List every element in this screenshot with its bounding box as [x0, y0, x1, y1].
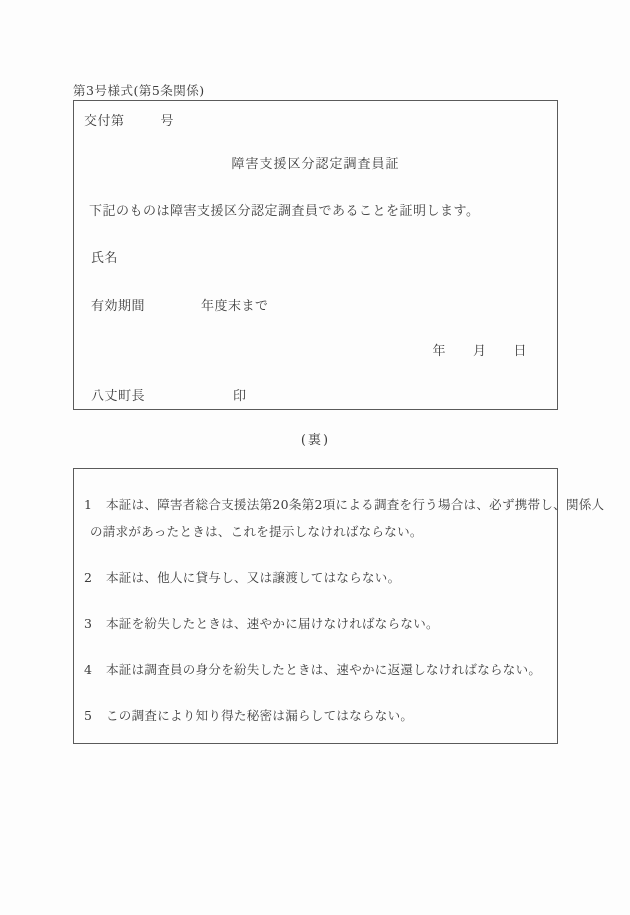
rule-number: 3 — [84, 616, 106, 631]
certificate-front-box: 交付第号 障害支援区分認定調査員証 下記のものは障害支援区分認定調査員であること… — [73, 100, 558, 410]
form-number-label: 第3号様式(第5条関係) — [73, 81, 205, 99]
issue-prefix-label: 交付第 — [84, 114, 125, 129]
issue-date-line: 年月日 — [432, 340, 527, 359]
rule-item-4: 4本証は調査員の身分を紛失したときは、速やかに返還しなければならない。 — [84, 660, 541, 678]
rule-number: 4 — [84, 662, 106, 677]
rule-number: 2 — [84, 570, 106, 585]
rule-text: 本証を紛失したときは、速やかに届けなければならない。 — [106, 616, 439, 631]
rule-item-1: 1本証は、障害者総合支援法第20条第2項による調査を行う場合は、必ず携帯し、関係… — [84, 495, 604, 513]
rule-text: 本証は調査員の身分を紛失したときは、速やかに返還しなければならない。 — [106, 662, 541, 677]
rule-number: 1 — [84, 497, 106, 512]
certificate-back-box: 1本証は、障害者総合支援法第20条第2項による調査を行う場合は、必ず携帯し、関係… — [73, 468, 558, 744]
certificate-title: 障害支援区分認定調査員証 — [74, 153, 557, 172]
rule-item-5: 5この調査により知り得た秘密は漏らしてはならない。 — [84, 706, 413, 724]
date-month-label: 月 — [473, 344, 487, 359]
name-label: 氏名 — [91, 247, 118, 266]
validity-value: 年度末まで — [201, 299, 269, 314]
issue-number-line: 交付第号 — [84, 110, 174, 129]
back-side-label: (裏) — [73, 429, 558, 448]
rule-number: 5 — [84, 708, 106, 723]
issuer-seal-line: 八丈町長印 — [91, 385, 247, 404]
rule-text: この調査により知り得た秘密は漏らしてはならない。 — [106, 708, 413, 723]
rule-text: 本証は、他人に貸与し、又は譲渡してはならない。 — [106, 570, 400, 585]
date-year-label: 年 — [432, 344, 446, 359]
rule-item-1-continued: の請求があったときは、これを提示しなければならない。 — [90, 522, 423, 540]
issuer-label: 八丈町長 — [91, 389, 145, 404]
document-page: 第3号様式(第5条関係) 交付第号 障害支援区分認定調査員証 下記のものは障害支… — [0, 0, 630, 915]
rule-text: の請求があったときは、これを提示しなければならない。 — [90, 524, 423, 539]
seal-label: 印 — [233, 389, 247, 404]
validity-period-line: 有効期間年度末まで — [91, 295, 269, 314]
rule-item-3: 3本証を紛失したときは、速やかに届けなければならない。 — [84, 614, 439, 632]
issue-suffix-label: 号 — [161, 114, 175, 129]
date-day-label: 日 — [513, 344, 527, 359]
rule-item-2: 2本証は、他人に貸与し、又は譲渡してはならない。 — [84, 568, 400, 586]
certification-statement: 下記のものは障害支援区分認定調査員であることを証明します。 — [89, 200, 479, 219]
validity-label: 有効期間 — [91, 299, 145, 314]
rule-text: 本証は、障害者総合支援法第20条第2項による調査を行う場合は、必ず携帯し、関係人 — [106, 497, 604, 512]
